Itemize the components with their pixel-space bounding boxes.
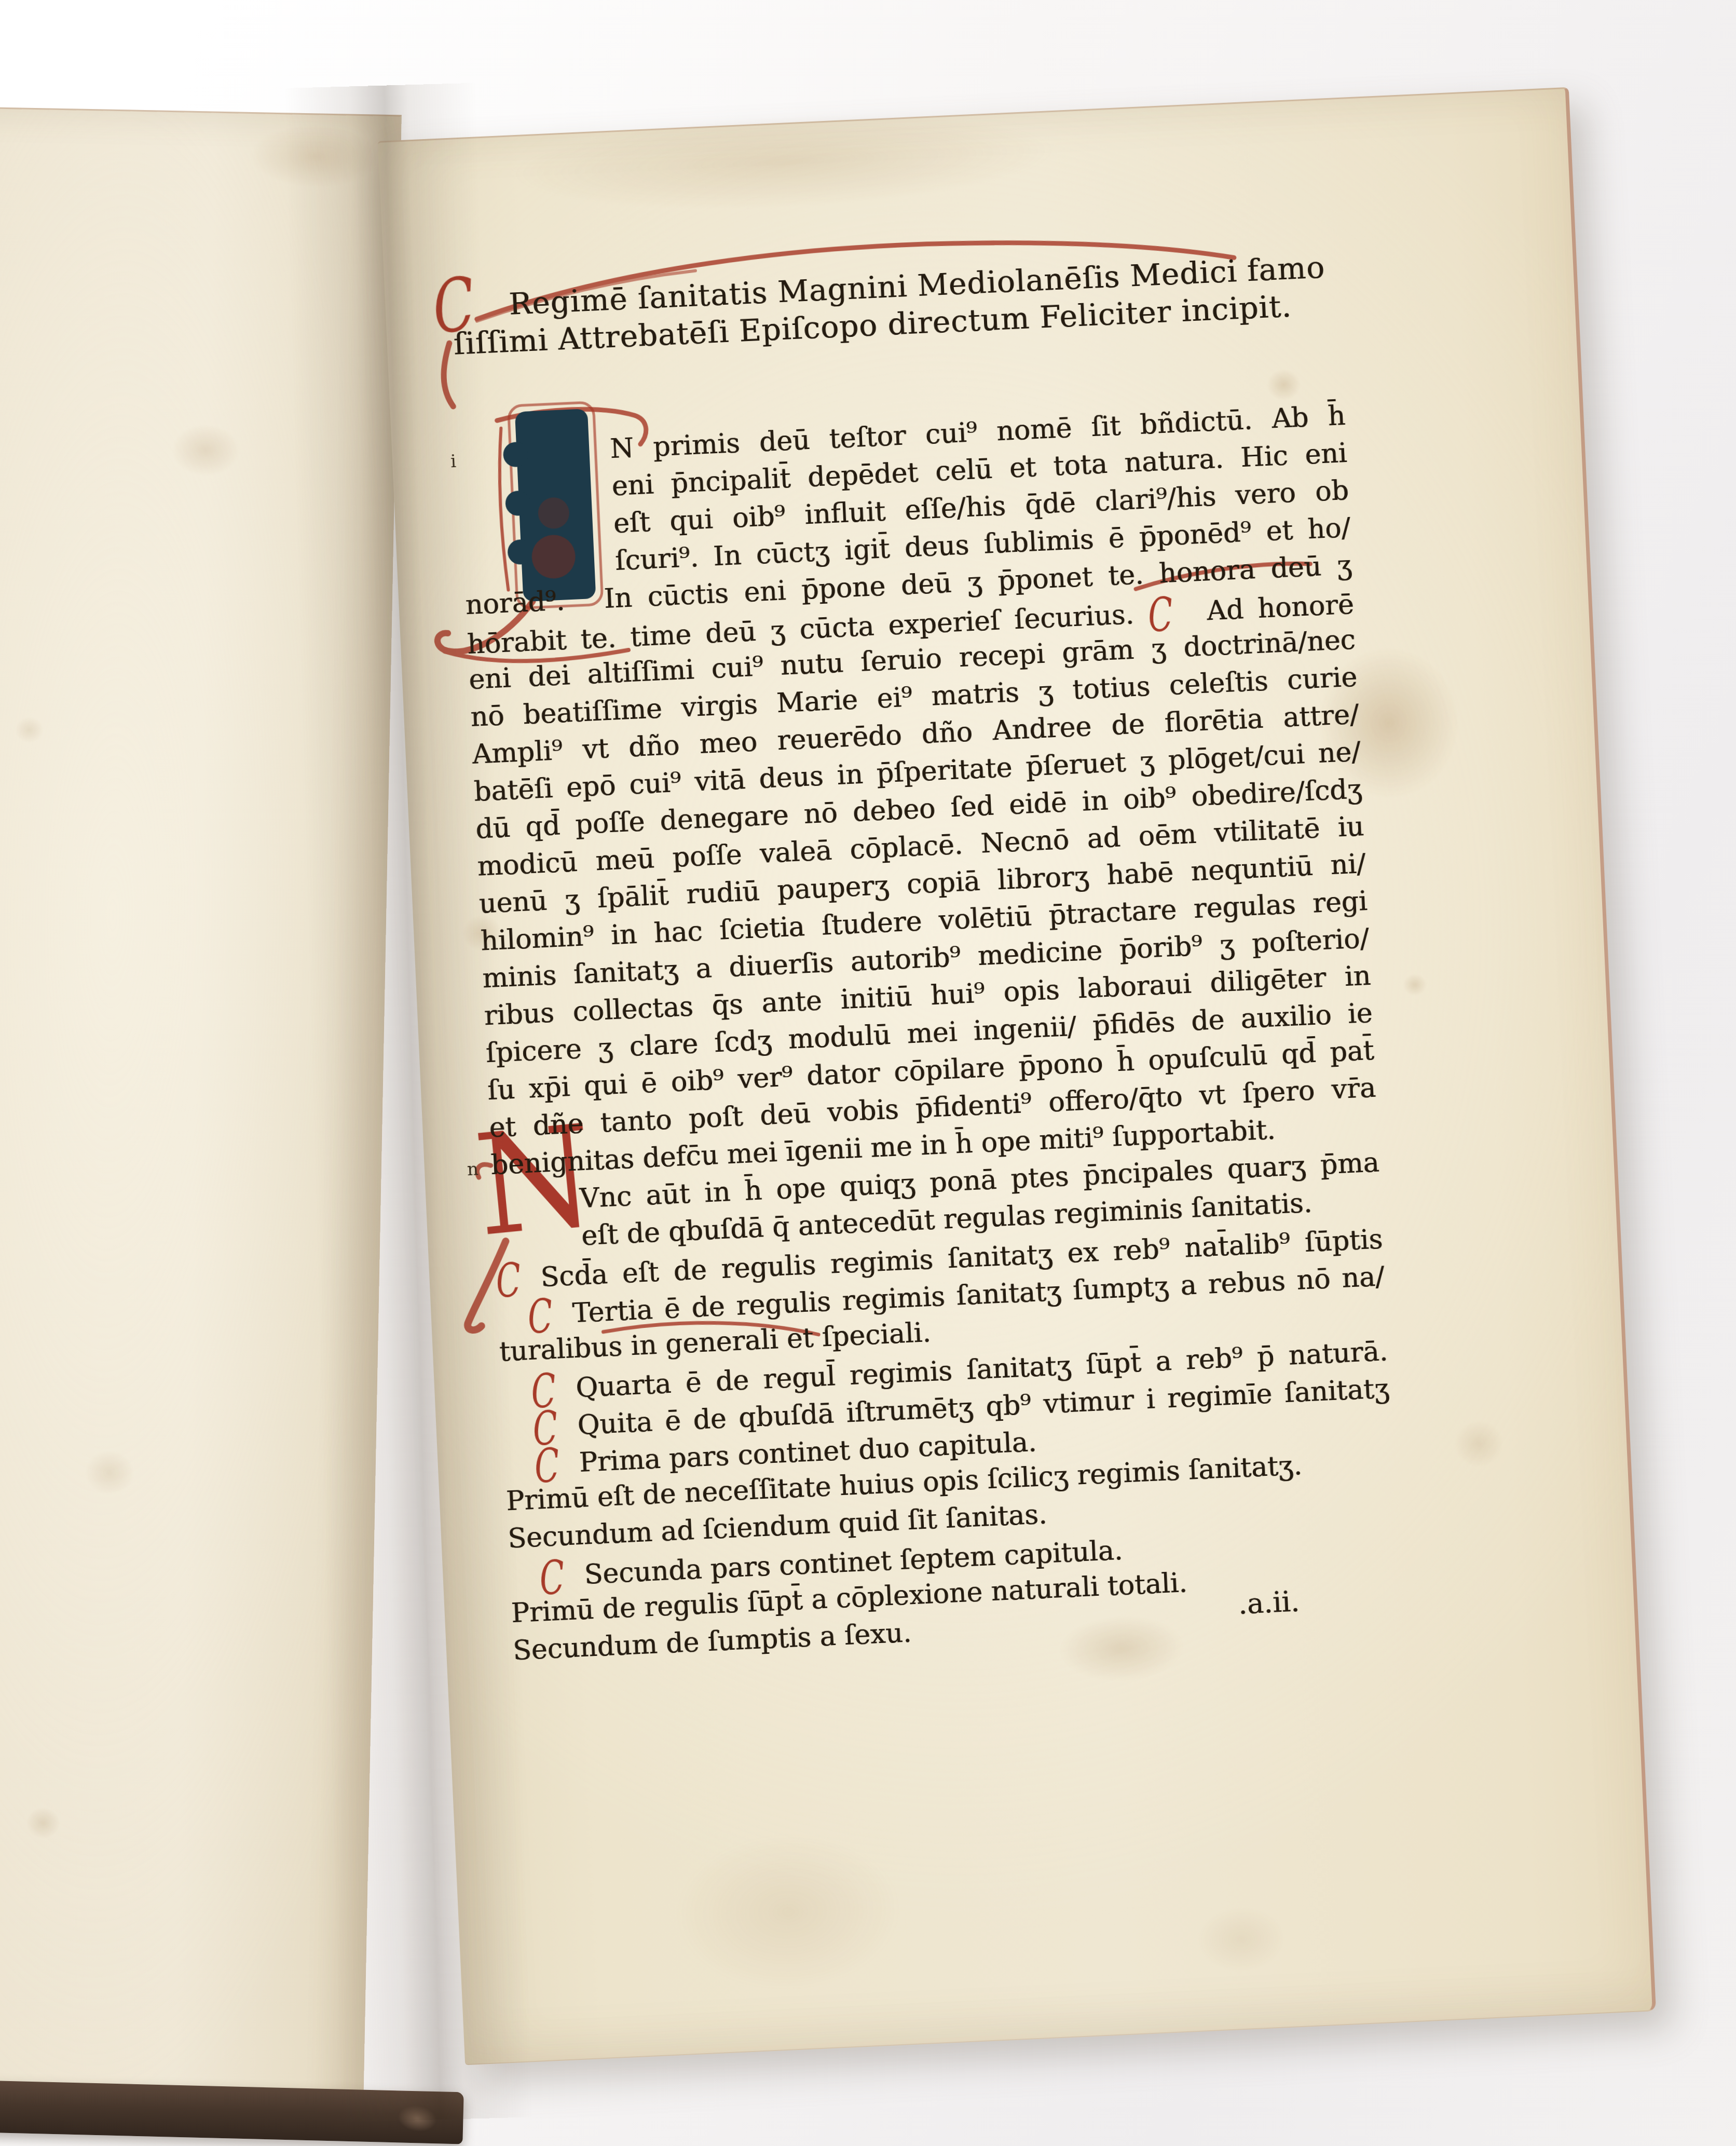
stain [26, 1807, 60, 1839]
printed-recto-page: C i n N Regimē ſanitatis Magnini Mediola… [378, 87, 1656, 2065]
stain [250, 124, 380, 189]
paraph-mark: C [534, 1437, 581, 1493]
stain [1196, 1905, 1287, 1974]
leather-board-edge [0, 2081, 464, 2144]
text-block: Regimē ſanitatis Magnini Mediolanēſis Me… [451, 248, 1400, 1669]
stain [1453, 1419, 1505, 1468]
text-segment: Ad honorē [1206, 589, 1355, 627]
stain [512, 104, 1056, 220]
photo-backdrop: C i n N Regimē ſanitatis Magnini Mediola… [0, 0, 1736, 2146]
stain [171, 424, 240, 477]
quire-signature: .a.ii. [1237, 1585, 1300, 1620]
flourish-gap [565, 608, 605, 609]
blank-verso-page [0, 107, 402, 2126]
guide-letter-i: i [450, 451, 457, 472]
text-segment: norād⁹. [464, 586, 565, 621]
stain [673, 1829, 903, 1994]
stain [15, 716, 44, 743]
paraph-mark: C [539, 1550, 586, 1606]
stain [85, 1450, 135, 1495]
stain [1403, 973, 1427, 996]
paraph-mark: C [1147, 587, 1194, 643]
paraph-mark: C [527, 1288, 574, 1344]
